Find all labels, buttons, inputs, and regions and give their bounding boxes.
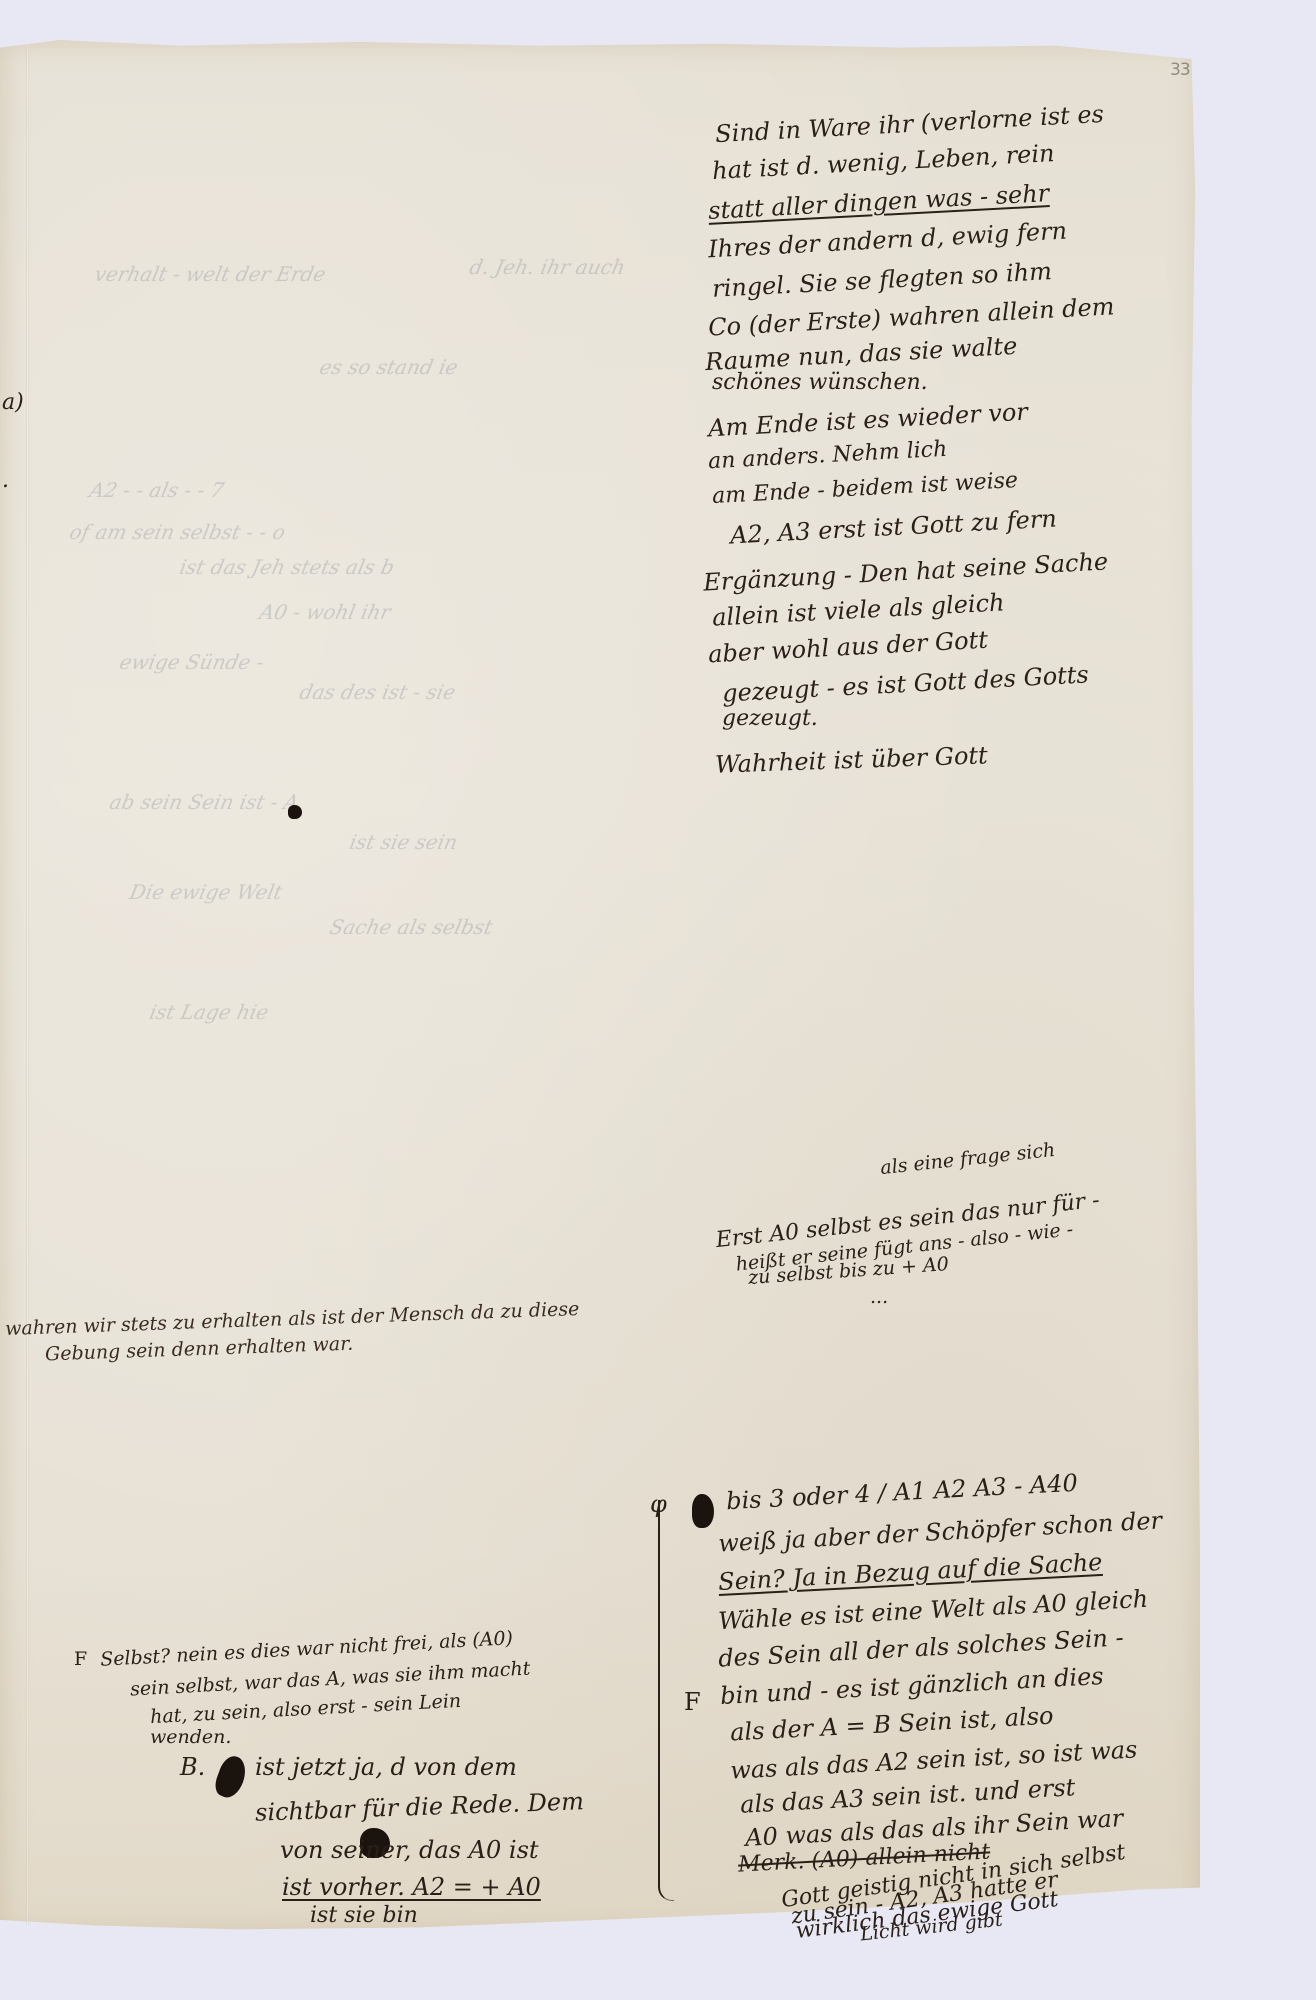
text-line: wenden.: [150, 1728, 231, 1747]
text-line: von seiner, das A0 ist: [280, 1838, 539, 1862]
b-marker: B.: [180, 1755, 205, 1779]
f-marker: F: [74, 1650, 87, 1669]
bleed-line: d. Jeh. ihr auch: [467, 255, 627, 279]
bleed-line: ab sein Sein ist - A: [107, 790, 301, 814]
bleed-line: es so stand ie: [317, 355, 460, 379]
phi-marker: φ: [650, 1492, 667, 1516]
bleed-line: A0 - wohl ihr: [257, 600, 392, 624]
text-line: schönes wünschen.: [712, 372, 928, 394]
bleed-line: ist Lage hie: [147, 1000, 270, 1024]
bleed-line: ist sie sein: [347, 830, 459, 854]
bleed-line: ist das Jeh stets als b: [177, 555, 396, 579]
bleed-line: verhalt - welt der Erde: [92, 262, 328, 286]
bleed-line: ewige Sünde -: [117, 650, 266, 674]
bleed-line: das des ist - sie: [297, 680, 457, 704]
text-line: ist jetzt ja, d von dem: [255, 1755, 517, 1779]
bleed-line: of am sein selbst - - o: [67, 520, 287, 544]
f-marker: F: [684, 1690, 701, 1714]
margin-fragment: .: [2, 470, 9, 492]
margin-fragment: a): [2, 392, 24, 414]
bleed-line: Sache als selbst: [327, 915, 495, 939]
folio-number: 33: [1170, 60, 1190, 80]
ink-blot: [692, 1494, 714, 1528]
text-line: gezeugt.: [722, 708, 818, 730]
text-line: ist vorher. A2 = + A0: [282, 1875, 541, 1899]
text-line: ist sie bin: [310, 1905, 418, 1927]
bracket-line: [658, 1500, 674, 1901]
bleed-line: A2 - - als - - 7: [87, 478, 226, 502]
paper-fold-line: [26, 45, 29, 1925]
bleed-line: Die ewige Welt: [127, 880, 284, 904]
annotation-ellipsis: ...: [870, 1288, 888, 1307]
ink-spot: [288, 805, 302, 819]
